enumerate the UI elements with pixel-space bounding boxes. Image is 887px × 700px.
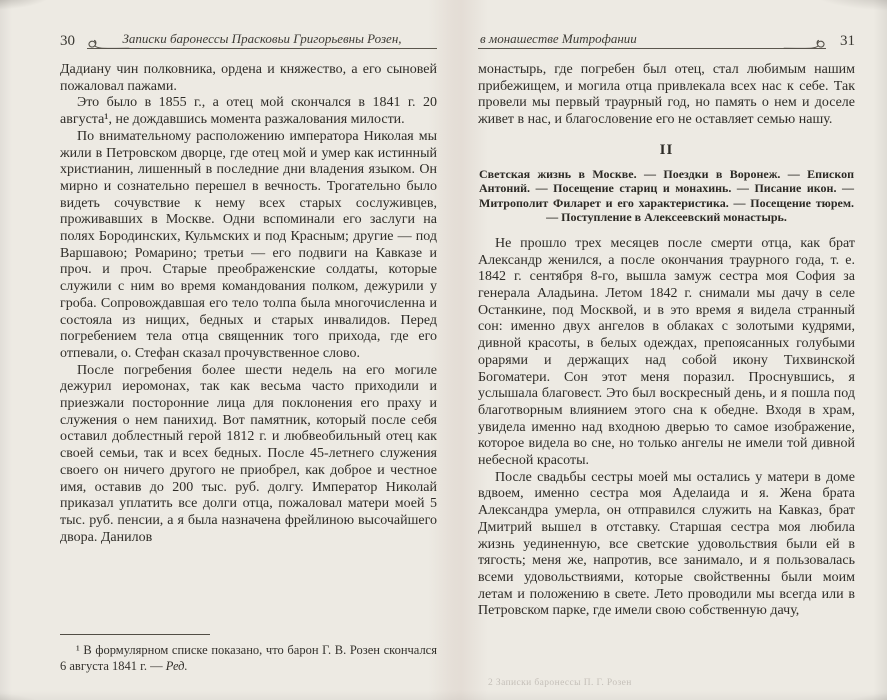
footnote-editor-mark: Ред. [166,659,188,673]
paragraph: По внимательному расположению императора… [60,129,437,363]
paragraph: Дадиану чин полковника, ордена и княжест… [60,62,437,95]
paragraph: После свадьбы сестры моей мы остались у … [478,470,855,620]
printers-signature: 2 Записки баронессы П. Г. Розен [488,678,632,688]
paragraph: Это было в 1855 г., а отец мой скончался… [60,95,437,128]
running-title-right: в монашестве Митрофании [478,32,637,45]
paragraph: Не прошло трех месяцев после смерти отца… [478,236,855,470]
page-number-left: 30 [60,34,75,49]
running-head-left: 30 Записки баронессы Прасковьи Григорьев… [60,28,437,49]
paragraph: монастырь, где погребен был отец, стал л… [478,62,855,129]
running-head-rule-left: Записки баронессы Прасковьи Григорьевны … [87,32,437,49]
book-spread: 30 Записки баронессы Прасковьи Григорьев… [0,0,887,700]
footnote-separator [60,634,210,635]
chapter-number: II [478,142,855,159]
flourish-ornament-icon [782,39,828,52]
page-number-right: 31 [840,34,855,49]
running-head-right: в монашестве Митрофании 31 [478,28,855,49]
page-left: 30 Записки баронессы Прасковьи Григорьев… [60,28,437,700]
page-body-right: монастырь, где погребен был отец, стал л… [478,62,855,620]
flourish-ornament-icon [85,39,131,52]
chapter-summary: Светская жизнь в Москве. — Поездки в Вор… [479,167,854,225]
page-body-left: Дадиану чин полковника, ордена и княжест… [60,62,437,546]
running-head-rule-right: в монашестве Митрофании [478,32,826,49]
page-right: в монашестве Митрофании 31 монастырь, гд… [478,28,855,700]
footnote-text: ¹ В формулярном списке показано, что бар… [60,642,437,674]
paragraph: После погребения более шести недель на е… [60,363,437,547]
footnote: ¹ В формулярном списке показано, что бар… [60,634,437,674]
running-title-left: Записки баронессы Прасковьи Григорьевны … [122,32,401,45]
